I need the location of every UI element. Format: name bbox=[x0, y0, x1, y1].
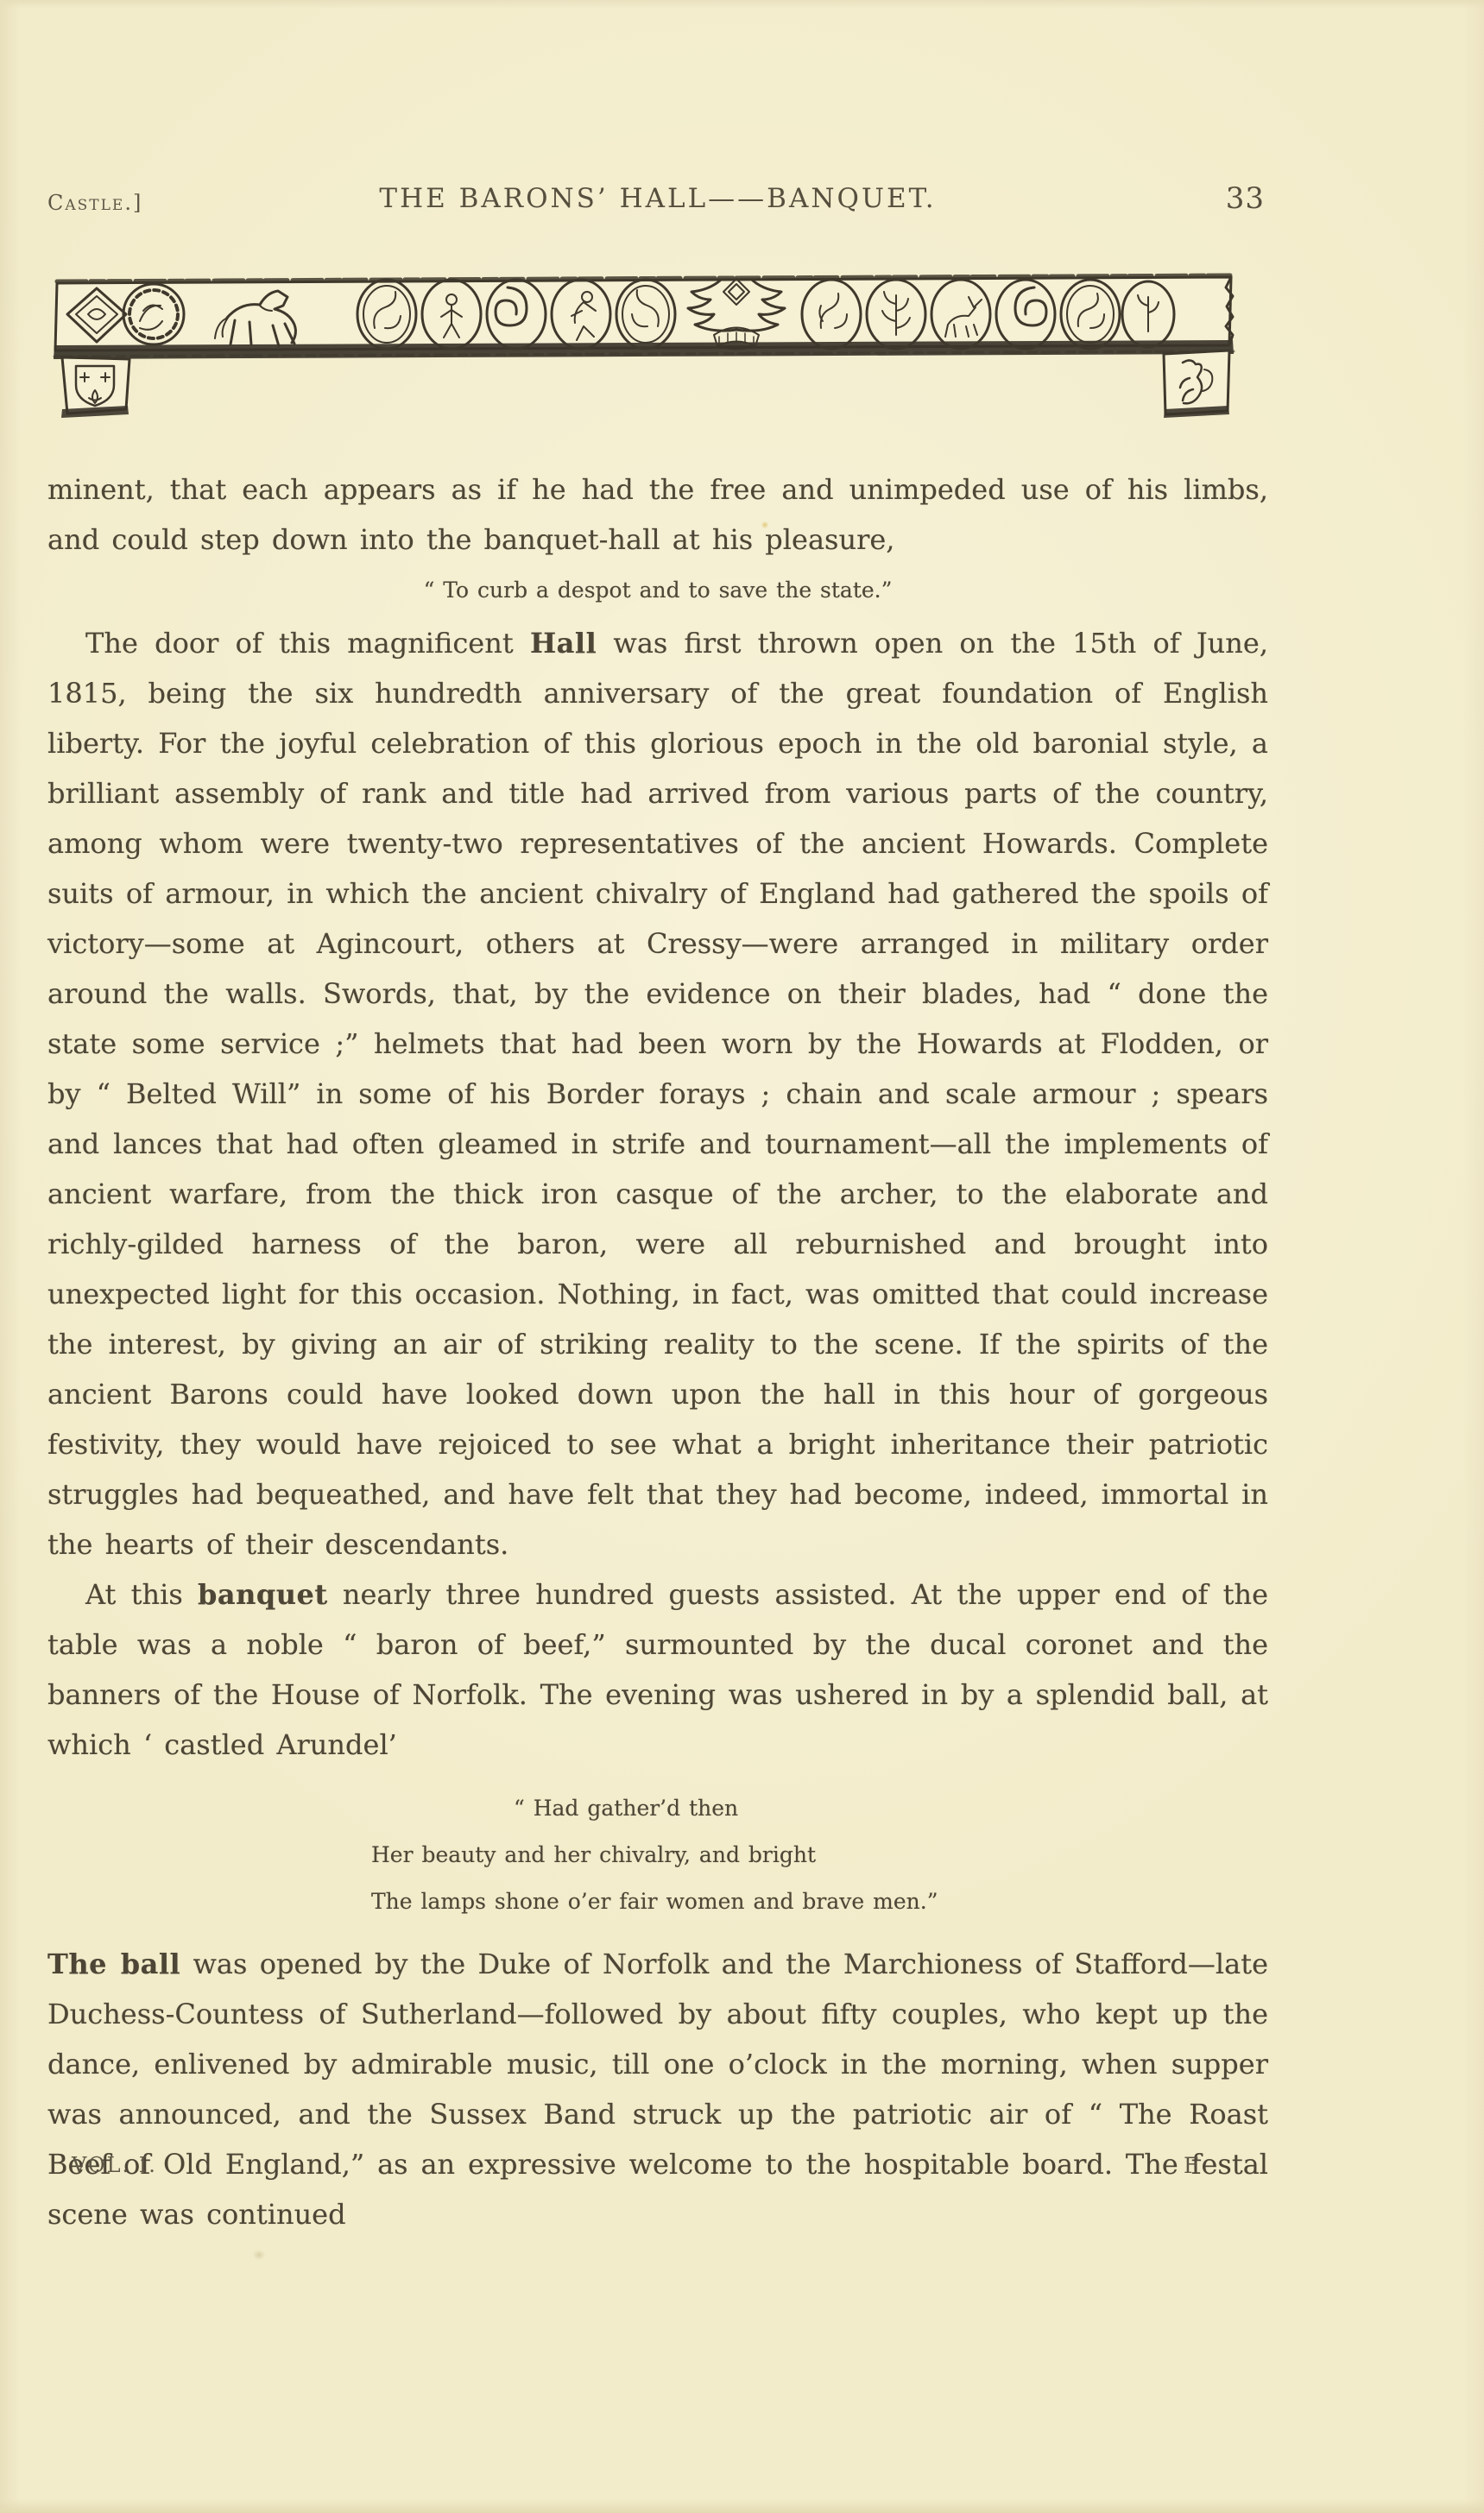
page-footer: VOL. I. F bbox=[47, 2153, 1268, 2188]
verse-line: Her beauty and her chivalry, and bright bbox=[371, 1832, 1268, 1878]
page-text: minent, that each appears as if he had t… bbox=[47, 464, 1268, 2239]
quotation-line: “ To curb a despot and to save the state… bbox=[47, 571, 1268, 609]
volume-label: VOL. I. bbox=[72, 2153, 157, 2177]
paragraph-banquet: At this banquet nearly three hundred gue… bbox=[47, 1569, 1268, 1770]
paragraph-text: was first thrown open on the 15th of Jun… bbox=[47, 627, 1268, 1561]
shield-pendant-icon bbox=[61, 357, 129, 418]
lion-pendant-icon bbox=[1164, 350, 1229, 418]
running-head: Castle.] THE BARONS’ HALL——BANQUET. 33 bbox=[47, 183, 1268, 223]
paragraph-text: The door of this magnificent bbox=[85, 627, 530, 660]
paragraph-hall: The door of this magnificent Hall was fi… bbox=[47, 618, 1268, 1569]
quotation-text: “ To curb a despot and to save the state… bbox=[424, 578, 893, 603]
paragraph-text: At this bbox=[85, 1578, 198, 1611]
paragraph-ball: The ball was opened by the Duke of Norfo… bbox=[47, 1939, 1268, 2239]
blackletter-words-the-ball: The ball bbox=[47, 1948, 180, 1980]
verse-quotation: “ Had gather’d then Her beauty and her c… bbox=[371, 1785, 1268, 1925]
blackletter-word-banquet: banquet bbox=[198, 1578, 328, 1611]
page-number: 33 bbox=[1226, 181, 1265, 216]
paragraph-text: minent, that each appears as if he had t… bbox=[47, 473, 1268, 556]
heraldic-frieze-engraving bbox=[50, 271, 1240, 418]
verse-line: “ Had gather’d then bbox=[514, 1785, 1268, 1832]
paragraph-continuation: minent, that each appears as if he had t… bbox=[47, 464, 1268, 565]
running-head-title: THE BARONS’ HALL——BANQUET. bbox=[47, 183, 1268, 214]
book-page: Castle.] THE BARONS’ HALL——BANQUET. 33 bbox=[0, 0, 1484, 2513]
signature-mark: F bbox=[1184, 2153, 1198, 2178]
paragraph-text: was opened by the Duke of Norfolk and th… bbox=[47, 1948, 1268, 2231]
blackletter-word-hall: Hall bbox=[530, 627, 597, 660]
verse-line: The lamps shone o’er fair women and brav… bbox=[371, 1878, 1268, 1925]
